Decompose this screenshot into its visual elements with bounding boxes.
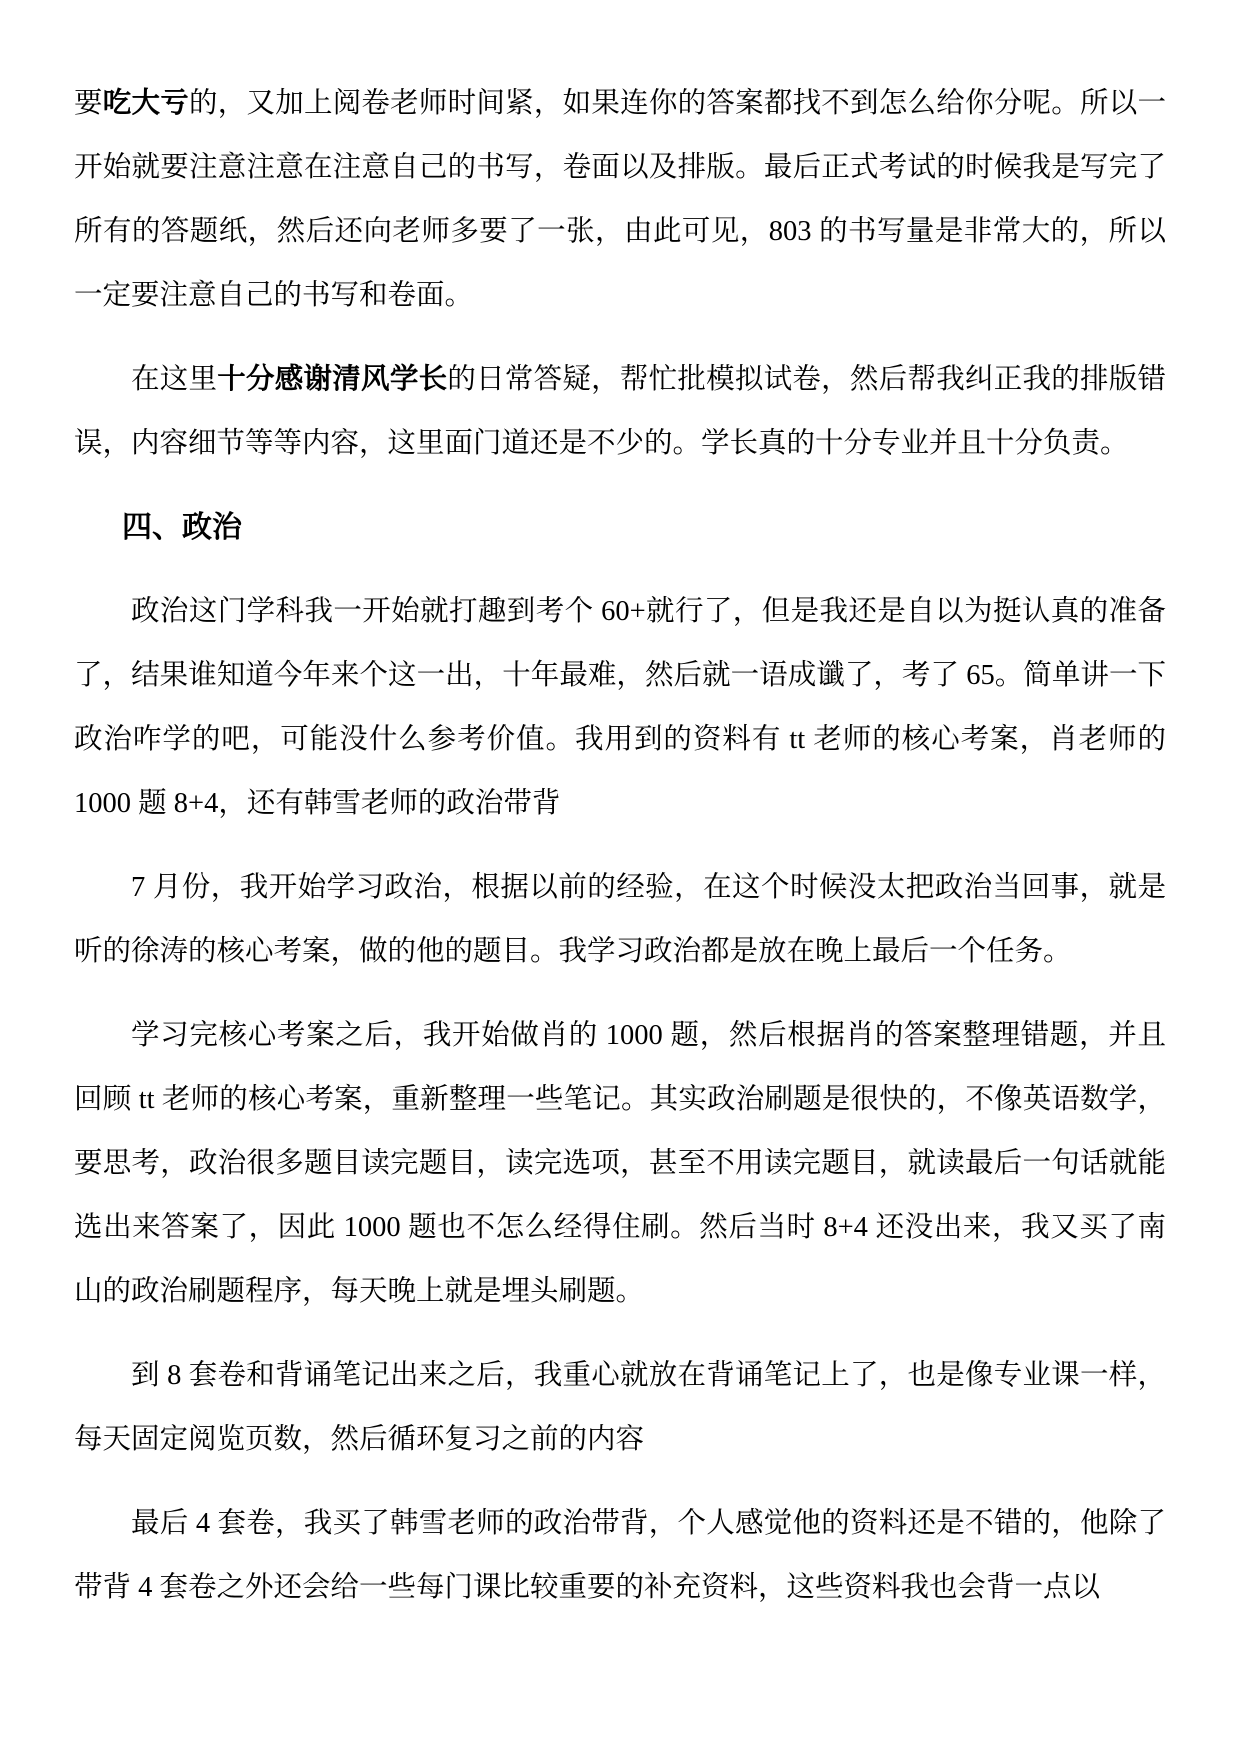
text-run: 到 8 套卷和背诵笔记出来之后，我重心就放在背诵笔记上了，也是像专业课一样，每天… [74, 1360, 1166, 1455]
text-run: 在这里 [131, 364, 217, 395]
text-run: 要 [74, 88, 103, 119]
section-heading-politics: 四、政治 [74, 496, 1166, 560]
paragraph-1000-questions: 学习完核心考案之后，我开始做肖的 1000 题，然后根据肖的答案整理错题，并且回… [74, 1004, 1166, 1324]
document-page: 要吃大亏的，又加上阅卷老师时间紧，如果连你的答案都找不到怎么给你分呢。所以一开始… [0, 0, 1240, 1754]
paragraph-politics-overview: 政治这门学科我一开始就打趣到考个 60+就行了，但是我还是自以为挺认真的准备了，… [74, 580, 1166, 836]
text-run: 学习完核心考案之后，我开始做肖的 1000 题，然后根据肖的答案整理错题，并且回… [74, 1020, 1166, 1307]
paragraph-july-study: 7 月份，我开始学习政治，根据以前的经验，在这个时候没太把政治当回事，就是听的徐… [74, 856, 1166, 984]
text-run: 政治这门学科我一开始就打趣到考个 60+就行了，但是我还是自以为挺认真的准备了，… [74, 596, 1166, 819]
text-run-bold: 吃大亏 [103, 88, 189, 119]
text-run-bold: 十分感谢清风学长 [217, 364, 447, 395]
paragraph-final-4-papers: 最后 4 套卷，我买了韩雪老师的政治带背，个人感觉他的资料还是不错的，他除了带背… [74, 1492, 1166, 1620]
text-run: 最后 4 套卷，我买了韩雪老师的政治带背，个人感觉他的资料还是不错的，他除了带背… [74, 1508, 1166, 1603]
paragraph-thanks-senior: 在这里十分感谢清风学长的日常答疑，帮忙批模拟试卷，然后帮我纠正我的排版错误，内容… [74, 348, 1166, 476]
text-run: 7 月份，我开始学习政治，根据以前的经验，在这个时候没太把政治当回事，就是听的徐… [74, 872, 1166, 967]
text-run: 的，又加上阅卷老师时间紧，如果连你的答案都找不到怎么给你分呢。所以一开始就要注意… [74, 88, 1166, 311]
paragraph-8-papers-notes: 到 8 套卷和背诵笔记出来之后，我重心就放在背诵笔记上了，也是像专业课一样，每天… [74, 1344, 1166, 1472]
paragraph-handwriting-advice: 要吃大亏的，又加上阅卷老师时间紧，如果连你的答案都找不到怎么给你分呢。所以一开始… [74, 72, 1166, 328]
